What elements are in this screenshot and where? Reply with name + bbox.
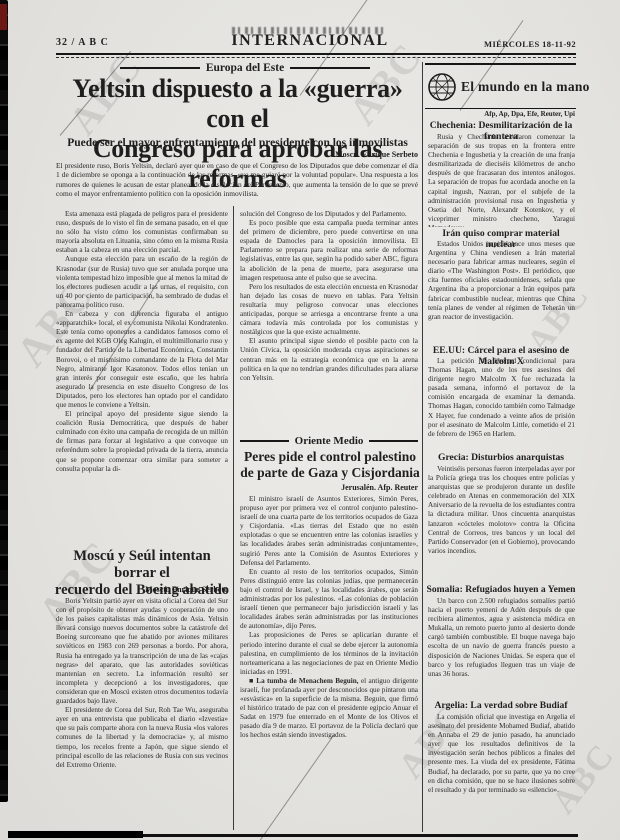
newspaper-page: ABC ABC ABC ABC ABC ABC ABC 32 / A B C I… — [0, 0, 620, 840]
main-story-column-right: solución del Congreso de los Diputados y… — [240, 210, 418, 434]
middle-story-body: El ministro israelí de Asuntos Exteriore… — [240, 495, 418, 827]
paragraph: Pero los resultados de esta elección enc… — [240, 283, 418, 338]
paragraph: El principal apoyo del presidente sigue … — [56, 410, 228, 474]
brief-heading: Argelia: La verdad sobre Budiaf — [426, 701, 576, 712]
paragraph: El asunto principal sigue siendo el posi… — [240, 337, 418, 382]
paragraph: solución del Congreso de los Diputados y… — [240, 210, 418, 219]
main-byline: Moscú. Enrique Serbeto — [55, 150, 418, 159]
middle-story-headline: Peres pide el control palestino de parte… — [240, 449, 420, 481]
paragraph: El ministro israelí de Asuntos Exteriore… — [240, 495, 418, 568]
main-story-column-left: Esta amenaza está plagada de peligros pa… — [56, 210, 228, 542]
brief-body: Un barco con 2.500 refugiados somalíes p… — [428, 597, 575, 689]
brief-body: La petición de libertad condicional para… — [428, 357, 575, 445]
scan-edge-artifact — [0, 0, 8, 802]
paragraph: Las proposiciones de Peres se aplicarían… — [240, 631, 418, 676]
kicker-europa-del-este: Europa del Este — [120, 62, 370, 74]
paragraph: Esta amenaza está plagada de peligros pa… — [56, 210, 228, 255]
paragraph-beguin: ■ La tumba de Menachem Beguin, el antigu… — [240, 677, 418, 741]
header-rule-2 — [56, 57, 576, 58]
globe-icon — [427, 72, 457, 102]
section-title: INTERNACIONAL — [180, 32, 440, 50]
red-ink-mark — [0, 4, 7, 30]
kicker-oriente-medio: Oriente Medio — [240, 435, 418, 447]
brief-body: Estados Unidos impidió hace unos meses q… — [428, 240, 575, 332]
header-rule — [56, 53, 576, 55]
edition-date: MIÉRCOLES 18-11-92 — [484, 39, 576, 49]
kicker-label: Europa del Este — [206, 62, 284, 74]
paragraph: Aunque esta elección para un escaño de l… — [56, 255, 228, 310]
kicker-label: Oriente Medio — [295, 435, 364, 447]
column-divider-left — [233, 206, 234, 830]
paragraph: Es poco posible que esta campaña pueda t… — [240, 219, 418, 283]
second-story-byline: Moscú. Enrique Serbeto — [55, 585, 228, 594]
brief-body: La comisión oficial que investiga en Arg… — [428, 713, 575, 805]
paragraph: Boris Yeltsin partió ayer en visita ofic… — [56, 597, 228, 706]
paragraph: El presidente de Corea del Sur, Roh Tae … — [56, 706, 228, 770]
brief-heading: Grecia: Disturbios anarquistas — [426, 453, 576, 464]
paragraph: En cabeza y con diferencia figuraba el a… — [56, 310, 228, 410]
page-folio: 32 / A B C — [56, 37, 109, 48]
brief-body: Veintiséis personas fueron interpeladas … — [428, 465, 575, 565]
main-lead-paragraph: El presidente ruso, Boris Yeltsin, decla… — [56, 161, 418, 198]
middle-story-byline: Jerusalén. Afp. Reuter — [240, 483, 418, 492]
news-agencies: Afp, Ap, Dpa, Efe, Reuter, Upi — [428, 110, 575, 118]
column-divider-right — [422, 62, 423, 832]
world-briefs-title: El mundo en la mano — [461, 79, 590, 95]
paragraph: En cuanto al resto de los territorios oc… — [240, 568, 418, 632]
second-story-body: Boris Yeltsin partió ayer en visita ofic… — [56, 597, 228, 795]
world-briefs-header: El mundo en la mano — [425, 63, 576, 109]
brief-body: Rusia y Chechenia acordaron comenzar la … — [428, 133, 575, 227]
bottom-rule-heavy — [8, 831, 143, 838]
brief-heading: Somalia: Refugiados huyen a Yemen — [426, 585, 576, 596]
beguin-bold-lead: ■ La tumba de Menachem Beguin, — [249, 677, 359, 685]
main-subheadline: Puede ser el mayor enfrentamiento del pr… — [55, 137, 420, 149]
